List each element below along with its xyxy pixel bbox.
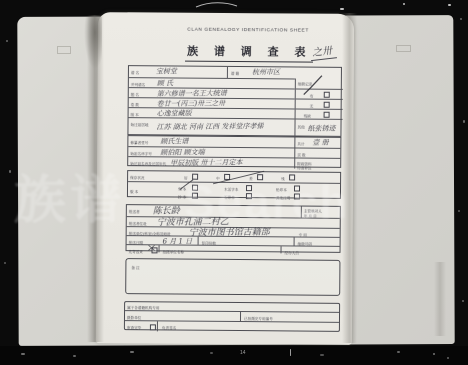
handwritten-value: 壹 册 bbox=[312, 140, 328, 147]
handwritten-value: 甲辰初版 卅十二月定本 bbox=[170, 159, 242, 167]
checkbox-other bbox=[294, 193, 300, 199]
option-label: 其他注明 bbox=[276, 197, 290, 201]
option-label: 差 bbox=[249, 177, 253, 181]
option-label: 刻 本 bbox=[178, 188, 186, 192]
checkbox-good bbox=[192, 174, 198, 180]
table-office-use: 属于各谱籍机构专用 摄影单位 已拍摄完专用编号 审查完毕 负责签名 bbox=[124, 301, 340, 332]
film-tick bbox=[73, 355, 76, 357]
table-condition: 保存状况 好 中 差 残 版 本 刻 本 木活字本 铅印本 抄 本 bbox=[127, 170, 341, 199]
handwritten-value: 顾氏生谱 bbox=[160, 138, 188, 145]
handwritten-value: 杭州市区 bbox=[252, 69, 280, 76]
notes-label: 备 注 bbox=[131, 266, 139, 270]
handwritten-value: 陈长龄 bbox=[153, 207, 180, 216]
film-tick bbox=[21, 353, 25, 355]
option-label: 好 bbox=[184, 177, 188, 181]
table-identification: 谱 名 宝树堂 谱 籍 杭州市区 并列谱名 顾 氏 题 名 第六修谱一名王大统谱… bbox=[127, 65, 342, 137]
column-header: 缩微记录 bbox=[298, 83, 312, 87]
option-label: 抄 本 bbox=[178, 196, 186, 200]
field-label: 修纂者堂号 bbox=[130, 141, 148, 145]
field-label: 拍摄单位名称 bbox=[162, 251, 184, 255]
checkbox-lithograph bbox=[246, 193, 252, 199]
checkbox-no bbox=[324, 102, 330, 108]
handwritten-value: 宝树堂 bbox=[156, 68, 177, 75]
film-tick bbox=[433, 353, 435, 355]
field-label: 谱 名 bbox=[131, 71, 139, 75]
field-label: 负责签名 bbox=[162, 327, 176, 331]
film-speck bbox=[9, 170, 11, 173]
status-column: 缩微记录 有 无 残缺 其他 纸张锈迹 bbox=[294, 78, 342, 137]
option-label: 其他 bbox=[297, 126, 304, 130]
film-frame-number: 14 bbox=[240, 350, 246, 356]
table-row: 版 本 刻 本 木活字本 铅印本 抄 本 石印本 其他注明 bbox=[128, 181, 340, 200]
field-label: 审查完毕 bbox=[127, 326, 141, 330]
checkbox-complete bbox=[150, 324, 156, 330]
field-label: 版 本 bbox=[130, 190, 138, 194]
film-tick bbox=[320, 354, 324, 356]
option-label: 残 bbox=[281, 178, 285, 182]
field-label: 主管核对人 bbox=[304, 210, 322, 214]
table-row: 先寄送来 拍摄单位名称 经办人员 bbox=[127, 244, 340, 254]
table-row: 始迁祖名讳及迁居年代 甲辰初版 卅十二月定本 附载资料 待查补注 bbox=[128, 156, 340, 169]
option-label: 中 bbox=[216, 177, 220, 181]
checkbox-woodblock bbox=[192, 185, 198, 191]
checkbox-fair bbox=[224, 174, 230, 180]
checkbox-poor bbox=[257, 174, 263, 180]
table-row: 审查完毕 负责签名 bbox=[125, 320, 339, 333]
checkbox-damaged bbox=[289, 174, 295, 180]
field-label: 报送者 bbox=[129, 210, 140, 214]
checkbox-movable-type bbox=[246, 185, 252, 191]
film-speck bbox=[460, 18, 462, 20]
handwritten-value: 纸张锈迹 bbox=[307, 126, 335, 133]
checkbox-letterpress bbox=[294, 185, 300, 191]
field-label: 始迁祖居地 bbox=[130, 123, 148, 127]
film-speck bbox=[448, 4, 451, 6]
film-speck bbox=[4, 262, 6, 264]
table-submitter: 报送者 陈长龄 主管核对人 年 月 日 报送者住址 宁波市孔浦二村乙 报送单位(… bbox=[126, 204, 341, 253]
field-label: 谱 籍 bbox=[231, 72, 239, 76]
checkbox-yes bbox=[324, 92, 330, 98]
table-ancestry: 修纂者堂号 顾氏生谱 共计 壹 册 始祖名讳字号 顾伯阳 顾文端 页 数 始迁祖… bbox=[127, 135, 341, 168]
film-speck bbox=[403, 3, 405, 5]
checkbox-partial bbox=[324, 112, 330, 118]
handwritten-value: 江苏 湖北 河南 江西 发祥堂序孝悌 bbox=[156, 123, 263, 131]
notes-box: 备 注 bbox=[125, 258, 340, 296]
field-label: 共计 bbox=[297, 143, 304, 147]
scanned-genealogy-sheet: CLAN GENEALOGY IDENTIFICATION SHEET 族 谱 … bbox=[0, 0, 468, 365]
film-speck bbox=[463, 120, 465, 123]
film-tick bbox=[210, 352, 213, 354]
film-speck bbox=[458, 210, 460, 212]
field-label: 保存状况 bbox=[130, 176, 144, 180]
option-label: 木活字本 bbox=[224, 188, 238, 192]
field-label: 待查补注 bbox=[297, 167, 311, 171]
film-speck bbox=[6, 40, 8, 42]
field-label: 经办人员 bbox=[284, 252, 298, 256]
option-label: 石印本 bbox=[224, 196, 235, 200]
film-speck bbox=[462, 300, 464, 302]
field-label: 先寄送来 bbox=[128, 250, 142, 254]
form-content: CLAN GENEALOGY IDENTIFICATION SHEET 族 谱 … bbox=[0, 0, 468, 365]
film-tick bbox=[290, 349, 291, 356]
field-label: 始迁祖名讳及迁居年代 bbox=[130, 162, 166, 166]
chinese-title: 族 谱 调 查 表 bbox=[185, 43, 313, 63]
film-tick bbox=[447, 357, 449, 359]
film-tick bbox=[397, 351, 400, 353]
film-tick bbox=[130, 351, 134, 353]
option-label: 铅印本 bbox=[276, 189, 287, 193]
english-title: CLAN GENEALOGY IDENTIFICATION SHEET bbox=[187, 27, 283, 33]
checkbox-manuscript bbox=[192, 193, 198, 199]
film-speck bbox=[340, 8, 344, 10]
handwritten-page-mark: 之卅 bbox=[309, 41, 337, 61]
checkbox-sent bbox=[151, 247, 157, 253]
film-strip-bottom: 14 bbox=[0, 346, 468, 365]
